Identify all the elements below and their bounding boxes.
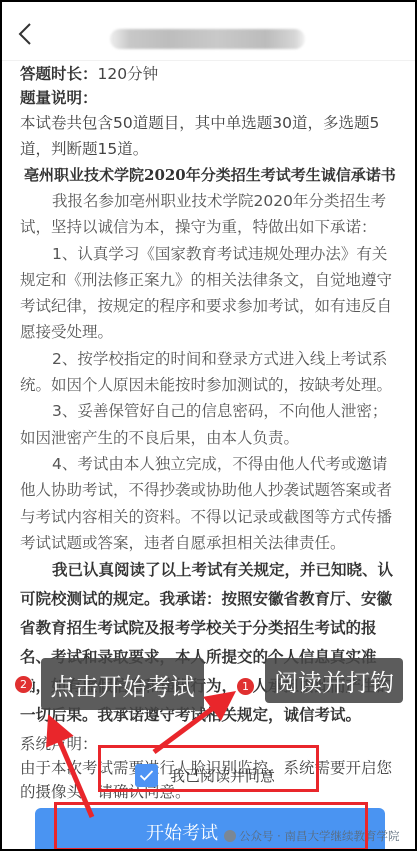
question-count-label: 题量说明： [20,86,402,110]
duration-line: 答题时长：120分钟 [20,62,402,86]
top-bar [2,2,415,61]
chevron-left-icon [14,22,38,46]
pledge-item: 4、考试由本人独立完成，不得由他人代考或邀请他人协助考试，不得抄袭或协助他人抄袭… [20,451,402,556]
pledge-item: 1、认真学习《国家教育考试违规处理办法》有关规定和《刑法修正案九》的相关法律条文… [20,241,402,346]
page-title-blurred [110,29,305,49]
callout-step1-text: 阅读并打钩 [274,663,394,698]
badge-step2: 2 [14,675,33,694]
back-button[interactable] [14,22,38,46]
pledge-item: 2、按学校指定的时间和登录方式进入线上考试系统。如因个人原因未能按时参加测试的，… [20,346,402,399]
pledge-item: 3、妥善保管好自己的信息密码，不向他人泄密；如因泄密产生的不良后果，由本人负责。 [20,398,402,451]
pledge-intro: 我报名参加亳州职业技术学院2020年分类招生考试，坚持以诚信为本，操守为重，特做… [20,188,402,241]
duration-label: 答题时长： [20,65,98,83]
pledge-title: 亳州职业技术学院2020年分类招生考试考生诚信承诺书 [24,162,402,188]
callout-step1: 阅读并打钩 [265,658,403,703]
badge-step1: 1 [236,677,255,696]
question-count-text: 本试卷共包含50道题目，其中单选题30道，多选题5道，判断题15道。 [20,110,402,162]
exam-notice-screen: 答题时长：120分钟 题量说明： 本试卷共包含50道题目，其中单选题30道，多选… [2,2,415,849]
duration-value: 120分钟 [98,65,159,83]
callout-step2: 点击开始考试 [41,658,204,710]
highlight-start-box [54,802,368,849]
callout-step2-text: 点击开始考试 [51,667,195,702]
highlight-agree-box [98,745,319,792]
